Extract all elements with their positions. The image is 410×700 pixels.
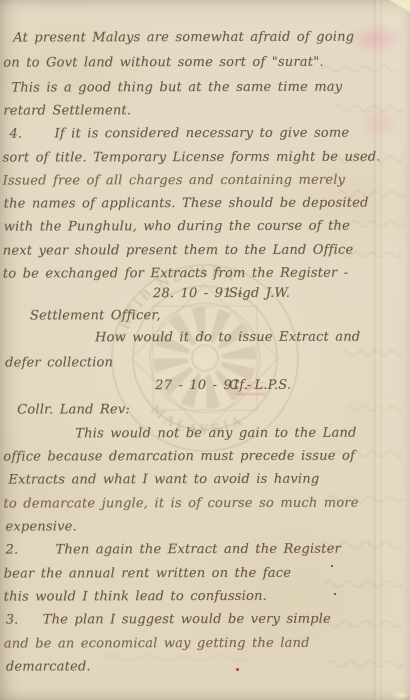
- handwritten-line-numbered: 2. Then again the Extract and the Regist…: [6, 542, 19, 558]
- handwritten-line-dated: 28. 10 - 91 - Sigd J.W.: [153, 286, 243, 302]
- paragraph-number: 2.: [6, 542, 19, 557]
- dark-speck: [331, 565, 333, 567]
- signature-initials: Sigd J.W.: [229, 286, 290, 302]
- handwritten-line: the names of applicants. These should be…: [4, 196, 369, 213]
- handwritten-line: Collr. Land Rev:: [17, 402, 130, 418]
- handwritten-line: demarcated.: [6, 659, 91, 675]
- handwritten-line: expensive.: [5, 519, 76, 535]
- handwritten-line: bear the annual rent written on the face: [4, 566, 292, 583]
- paragraph-number: 4.: [9, 126, 22, 141]
- handwritten-line: How would it do to issue Extract and: [95, 330, 360, 347]
- handwritten-line: retard Settlement.: [3, 103, 131, 119]
- handwritten-line: to be exchanged for Extracts from the Re…: [3, 266, 349, 283]
- handwritten-line: defer collection: [5, 355, 113, 371]
- handwritten-line: This is a good thing but at the same tim…: [11, 80, 342, 97]
- handwritten-line-numbered: 3. The plan I suggest would be very simp…: [6, 612, 19, 628]
- scanned-document-page: ARKIB NEGARA MALAYSIA At present Malays …: [0, 0, 410, 700]
- handwritten-line: Settlement Officer,: [30, 308, 161, 324]
- handwritten-line: to demarcate jungle, it is of course so …: [3, 496, 358, 513]
- paragraph-text: If it is considered necessary to give so…: [54, 126, 349, 143]
- handwritten-line: next year should present them to the Lan…: [3, 243, 354, 260]
- handwritten-line: This would not be any gain to the Land: [75, 426, 356, 443]
- faint-red-stamp-trace: [236, 382, 266, 395]
- pink-ink-smudge: [347, 23, 403, 55]
- bottom-right-corner-patch: [364, 676, 410, 700]
- paragraph-number: 3.: [6, 612, 19, 627]
- pink-ink-smudge-faint: [356, 104, 402, 142]
- paragraph-text: Then again the Extract and the Register: [56, 542, 341, 559]
- handwritten-line: sort of title. Temporary License forms m…: [2, 150, 380, 167]
- dark-speck: [334, 593, 336, 595]
- handwritten-line: At present Malays are somewhat afraid of…: [13, 30, 354, 47]
- handwritten-text-block: At present Malays are somewhat afraid of…: [0, 0, 410, 700]
- handwritten-line: Extracts and what I want to avoid is hav…: [8, 472, 319, 489]
- handwritten-line: on to Govt land without some sort of "su…: [3, 55, 323, 72]
- handwritten-line: and be an economical way getting the lan…: [4, 636, 310, 653]
- handwritten-line: this would I think lead to confussion.: [4, 589, 267, 606]
- handwritten-line: with the Punghulu, who during the course…: [4, 219, 350, 236]
- handwritten-line: office because demarcation must precede …: [3, 449, 355, 466]
- handwritten-line-numbered: 4. If it is considered necessary to give…: [9, 126, 22, 142]
- red-ink-speck: [236, 668, 239, 671]
- handwritten-line: Issued free of all charges and containin…: [3, 173, 346, 190]
- paragraph-text: The plan I suggest would be very simple: [43, 612, 331, 629]
